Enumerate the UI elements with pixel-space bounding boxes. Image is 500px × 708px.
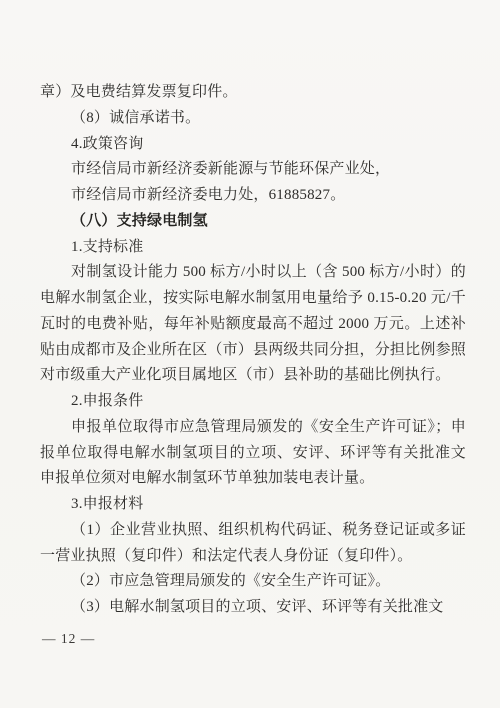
- text-line: 对制氢设计能力 500 标方/小时以上（含 500 标方/小时）的: [40, 260, 466, 286]
- text-line: 瓦时的电费补贴，每年补贴额度最高不超过 2000 万元。上述补: [40, 312, 466, 338]
- document-body: 章）及电费结算发票复印件。（8）诚信承诺书。4.政策咨询市经信局市新经济委新能源…: [40, 80, 466, 621]
- text-line: （1）企业营业执照、组织机构代码证、税务登记证或多证合: [40, 518, 466, 544]
- text-line: 市经信局市新经济委电力处，61885827。: [40, 183, 466, 209]
- text-line: 章）及电费结算发票复印件。: [40, 80, 466, 106]
- document-page: 章）及电费结算发票复印件。（8）诚信承诺书。4.政策咨询市经信局市新经济委新能源…: [0, 0, 500, 708]
- text-line: 2.申报条件: [40, 389, 466, 415]
- text-line: 申报单位须对电解水制氢环节单独加装电表计量。: [40, 466, 466, 492]
- text-line: 申报单位取得市应急管理局颁发的《安全生产许可证》；申: [40, 415, 466, 441]
- text-line: （8）诚信承诺书。: [40, 106, 466, 132]
- text-line: 一营业执照（复印件）和法定代表人身份证（复印件）。: [40, 544, 466, 570]
- text-line: 1.支持标准: [40, 235, 466, 261]
- text-line: 贴由成都市及企业所在区（市）县两级共同分担，分担比例参照: [40, 338, 466, 364]
- text-line: （3）电解水制氢项目的立项、安评、环评等有关批准文件。: [40, 595, 466, 621]
- text-line: （八）支持绿电制氢: [40, 209, 466, 235]
- text-line: 3.申报材料: [40, 492, 466, 518]
- text-line: 报单位取得电解水制氢项目的立项、安评、环评等有关批准文件；: [40, 441, 466, 467]
- page-number: — 12 —: [42, 630, 95, 648]
- text-line: 市经信局市新经济委新能源与节能环保产业处，61881646；: [40, 157, 466, 183]
- text-line: （2）市应急管理局颁发的《安全生产许可证》。: [40, 569, 466, 595]
- text-line: 4.政策咨询: [40, 132, 466, 158]
- text-line: 对市级重大产业化项目属地区（市）县补助的基础比例执行。: [40, 363, 466, 389]
- text-line: 电解水制氢企业，按实际电解水制氢用电量给予 0.15-0.20 元/千: [40, 286, 466, 312]
